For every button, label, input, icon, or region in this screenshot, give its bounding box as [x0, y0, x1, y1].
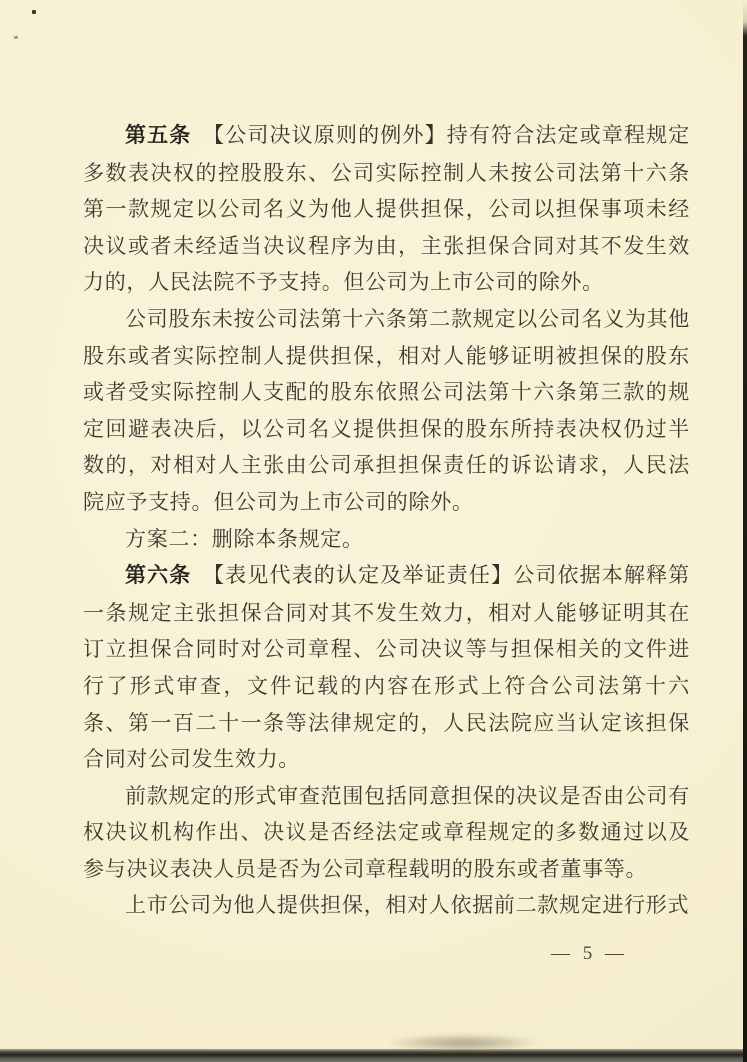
dust-speck [13, 35, 18, 39]
page-edge-bottom [0, 1049, 747, 1062]
paragraph-text: 前款规定的形式审查范围包括同意担保的决议是否由公司有权决议机构作出、决议是否经法… [83, 784, 690, 881]
article-6-text: 公司依据本解释第一条规定主张担保合同对其不发生效力，相对人能够证明其在订立担保合… [83, 563, 690, 771]
article-5-paragraph-2: 公司股东未按公司法第十六条第二款规定以公司名义为其他股东或者实际控制人提供担保，… [83, 301, 690, 521]
page-edge-right [743, 0, 747, 1062]
document-body: 第五条【公司决议原则的例外】持有符合法定或章程规定多数表决权的控股股东、公司实际… [83, 117, 690, 924]
dust-speck [32, 10, 36, 14]
article-5-title: 【公司决议原则的例外】 [203, 123, 447, 147]
article-6-paragraph-2: 前款规定的形式审查范围包括同意担保的决议是否由公司有权决议机构作出、决议是否经法… [83, 778, 690, 888]
article-6-paragraph-1: 第六条【表见代表的认定及举证责任】公司依据本解释第一条规定主张担保合同对其不发生… [83, 557, 690, 778]
paragraph-text: 上市公司为他人提供担保，相对人依据前二款规定进行形式 [125, 893, 689, 917]
scanned-document-page: 第五条【公司决议原则的例外】持有符合法定或章程规定多数表决权的控股股东、公司实际… [0, 0, 747, 1062]
paragraph-text: 方案二：删除本条规定。 [125, 527, 364, 551]
article-5-number: 第五条 [125, 124, 191, 147]
paragraph-text: 公司股东未按公司法第十六条第二款规定以公司名义为其他股东或者实际控制人提供担保，… [83, 307, 690, 514]
article-5-paragraph-1: 第五条【公司决议原则的例外】持有符合法定或章程规定多数表决权的控股股东、公司实际… [83, 117, 690, 301]
article-6-title: 【表见代表的认定及举证责任】 [203, 563, 513, 587]
page-number: — 5 — [551, 943, 628, 965]
article-6-paragraph-3-truncated: 上市公司为他人提供担保，相对人依据前二款规定进行形式 [83, 887, 690, 924]
article-5-text: 持有符合法定或章程规定多数表决权的控股股东、公司实际控制人未按公司法第十六条第一… [83, 123, 690, 294]
article-5-option-2-line: 方案二：删除本条规定。 [83, 521, 690, 558]
article-6-number: 第六条 [125, 564, 191, 587]
